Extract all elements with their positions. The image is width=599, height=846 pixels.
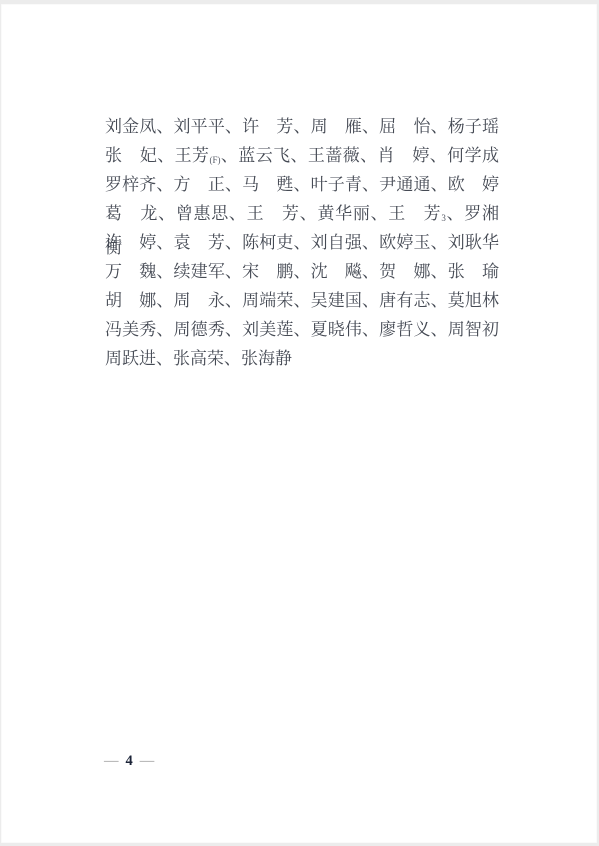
- name-line: 罗梓齐、方 正、马 甦、叶子青、尹通通、欧 婷: [105, 170, 499, 199]
- name-line-text: 万 魏、续建军、宋 鹏、沈 飚、贺 娜、张 瑜: [105, 262, 499, 281]
- name-line-text: 周跃进、张高荣、张海静: [105, 349, 292, 368]
- name-line: 刘金凤、刘平平、许 芳、周 雁、屈 怡、杨子瑶: [105, 112, 499, 141]
- name-subscript: (F): [209, 155, 220, 165]
- name-line-text: 张 妃、王芳: [105, 146, 209, 165]
- page-number-dash-right: —: [140, 753, 156, 769]
- name-line: 冯美秀、周德秀、刘美莲、夏晓伟、廖哲义、周智初: [105, 315, 499, 344]
- name-line: 周跃进、张高荣、张海静: [105, 344, 499, 373]
- name-line-text: 葛 龙、曾惠思、王 芳、黄华丽、王 芳: [105, 204, 441, 223]
- page-number: —4—: [104, 753, 155, 770]
- name-line: 张 妃、王芳(F)、蓝云飞、王蔷薇、肖 婷、何学成: [105, 141, 499, 170]
- page-number-dash-left: —: [104, 753, 120, 769]
- page-number-value: 4: [120, 753, 140, 769]
- name-line-text: 刘金凤、刘平平、许 芳、周 雁、屈 怡、杨子瑶: [105, 117, 499, 136]
- document-page: 刘金凤、刘平平、许 芳、周 雁、屈 怡、杨子瑶 张 妃、王芳(F)、蓝云飞、王蔷…: [1, 4, 597, 843]
- name-line: 胡 娜、周 永、周端荣、吴建国、唐有志、莫旭林: [105, 286, 499, 315]
- name-line-text: 许 婷、袁 芳、陈柯吏、刘自强、欧婷玉、刘耿华: [105, 233, 499, 252]
- name-line: 许 婷、袁 芳、陈柯吏、刘自强、欧婷玉、刘耿华: [105, 228, 499, 257]
- name-line-text: 胡 娜、周 永、周端荣、吴建国、唐有志、莫旭林: [105, 291, 499, 310]
- name-line: 葛 龙、曾惠思、王 芳、黄华丽、王 芳3、罗湘衡: [105, 199, 499, 228]
- name-line-text: 、蓝云飞、王蔷薇、肖 婷、何学成: [220, 146, 499, 165]
- name-list: 刘金凤、刘平平、许 芳、周 雁、屈 怡、杨子瑶 张 妃、王芳(F)、蓝云飞、王蔷…: [105, 112, 499, 373]
- name-line-text: 罗梓齐、方 正、马 甦、叶子青、尹通通、欧 婷: [105, 175, 499, 194]
- document-viewer: 刘金凤、刘平平、许 芳、周 雁、屈 怡、杨子瑶 张 妃、王芳(F)、蓝云飞、王蔷…: [0, 0, 599, 846]
- name-line-text: 冯美秀、周德秀、刘美莲、夏晓伟、廖哲义、周智初: [105, 320, 499, 339]
- name-line: 万 魏、续建军、宋 鹏、沈 飚、贺 娜、张 瑜: [105, 257, 499, 286]
